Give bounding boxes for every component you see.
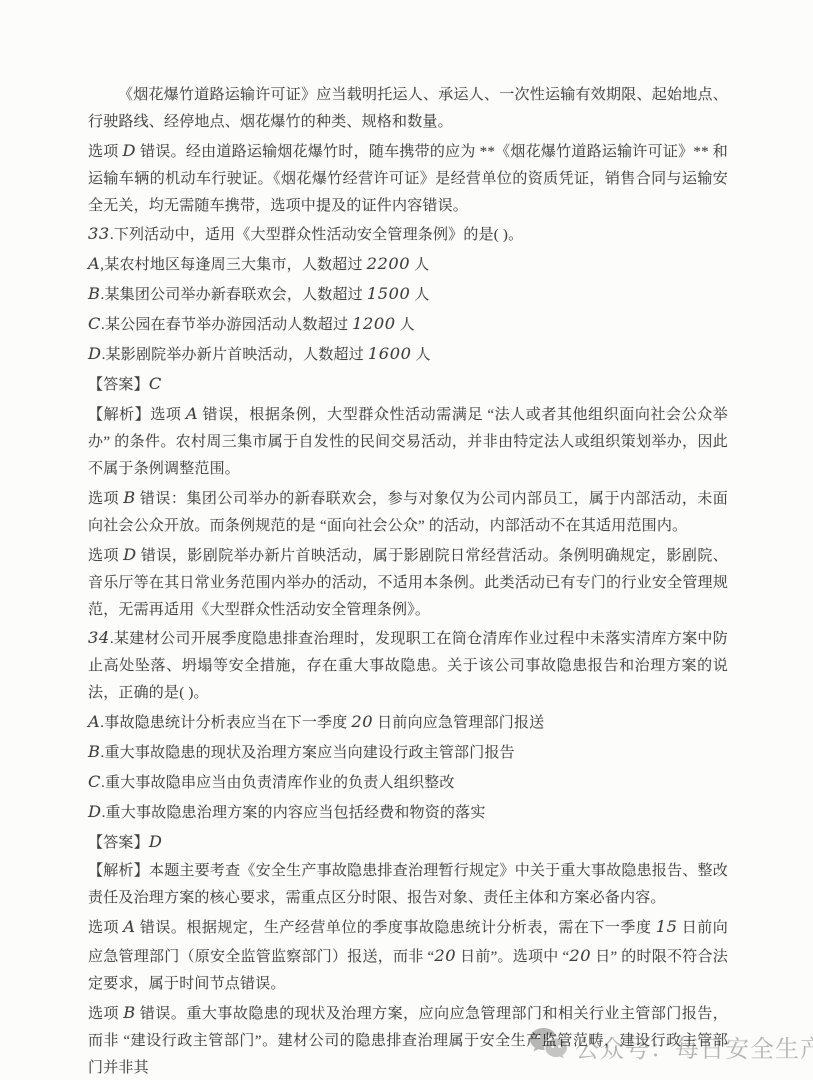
question-34-option-b: B.重大事故隐患的现状及治理方案应当向建设行政主管部门报告 xyxy=(88,738,728,767)
question-33-analysis-option-d: 选项 D 错误，影剧院举办新片首映活动，属于影剧院日常经营活动。条例明确规定，影… xyxy=(88,541,728,624)
question-33-analysis-option-a: 【解析】选项 A 错误，根据条例，大型群众性活动需满足 “法人或者其他组织面向社… xyxy=(88,400,728,483)
wechat-icon xyxy=(528,1026,568,1066)
question-33-option-b: B.某集团公司举办新春联欢会，人数超过 1500 人 xyxy=(88,280,728,309)
question-34-option-a: A.事故隐患统计分析表应当在下一季度 20 日前向应急管理部门报送 xyxy=(88,708,728,737)
watermark-text: 公众号：每日安全生产 xyxy=(575,1029,813,1064)
question-34-stem: 34.某建材公司开展季度隐患排查治理时，发现职工在筒仓清库作业过程中未落实清库方… xyxy=(88,624,728,707)
intro-paragraph-permit-contents: 《烟花爆竹道路运输许可证》应当载明托运人、承运人、一次性运输有效期限、起始地点、… xyxy=(88,82,728,136)
question-33-answer: 【答案】C xyxy=(88,370,728,399)
question-34-analysis-intro: 【解析】本题主要考查《安全生产事故隐患排查治理暂行规定》中关于重大事故隐患报告、… xyxy=(88,858,728,912)
question-34-option-c: C.重大事故隐串应当由负责清库作业的负责人组织整改 xyxy=(88,768,728,797)
question-34: 34.某建材公司开展季度隐患排查治理时，发现职工在筒仓清库作业过程中未落实清库方… xyxy=(88,624,728,1080)
intro-paragraph-option-d-explanation: 选项 D 错误。经由道路运输烟花爆竹时，随车携带的应为 **《烟花爆竹道路运输许… xyxy=(88,137,728,220)
scanned-exam-page: 《烟花爆竹道路运输许可证》应当载明托运人、承运人、一次性运输有效期限、起始地点、… xyxy=(0,0,813,1080)
question-34-answer: 【答案】D xyxy=(88,828,728,857)
question-33-option-c: C.某公园在春节举办游园活动人数超过 1200 人 xyxy=(88,310,728,339)
question-33: 33.下列活动中，适用《大型群众性活动安全管理条例》的是( )。 A,某农村地区… xyxy=(88,220,728,624)
question-33-analysis-option-b: 选项 B 错误：集团公司举办的新春联欢会，参与对象仅为公司内部员工，属于内部活动… xyxy=(88,484,728,540)
question-33-option-d: D.某影剧院举办新片首映活动，人数超过 1600 人 xyxy=(88,340,728,369)
question-34-option-d: D.重大事故隐患治理方案的内容应当包括经费和物资的落实 xyxy=(88,798,728,827)
question-34-analysis-option-a: 选项 A 错误。根据规定，生产经营单位的季度事故隐患统计分析表，需在下一季度 1… xyxy=(88,913,728,998)
question-33-option-a: A,某农村地区每逢周三大集市，人数超过 2200 人 xyxy=(88,250,728,279)
watermark: 公众号：每日安全生产 xyxy=(528,1026,813,1066)
document-body: 《烟花爆竹道路运输许可证》应当载明托运人、承运人、一次性运输有效期限、起始地点、… xyxy=(88,82,728,1080)
question-33-stem: 33.下列活动中，适用《大型群众性活动安全管理条例》的是( )。 xyxy=(88,220,728,249)
